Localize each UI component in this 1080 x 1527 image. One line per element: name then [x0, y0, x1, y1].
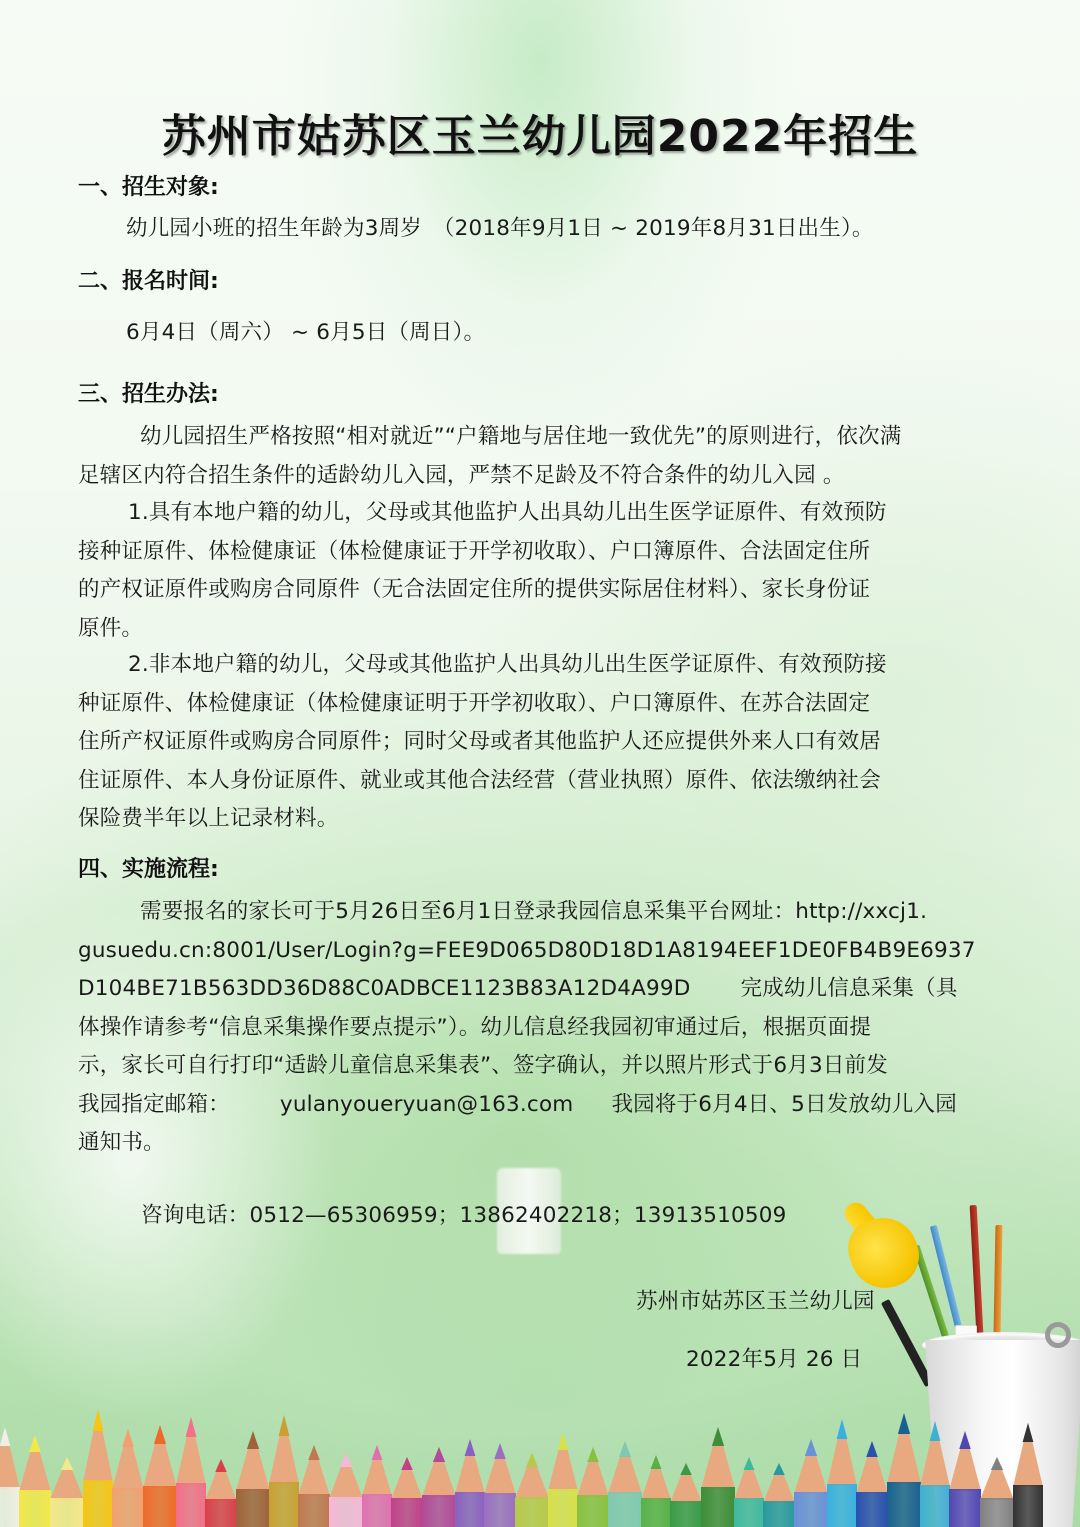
section-4-text: 需要报名的家长可于5月26日至6月1日登录我园信息采集平台网址：http://x…: [78, 893, 1003, 1163]
section-3-intro-line-2: 足辖区内符合招生条件的适龄幼儿入园，严禁不足龄及不符合条件的幼儿入园 。: [78, 457, 1003, 496]
section-4-line-3: D104BE71B563DD36D88C0ADBCE1123B83A12D4A9…: [78, 970, 1003, 1009]
section-4-line-6: 我园指定邮箱：yulanyoueryuan@163.com我园将于6月4日、5日…: [78, 1086, 1003, 1125]
registration-url-line-2[interactable]: gusuedu.cn:8001/User/Login?g=FEE9D065D80…: [78, 932, 1003, 971]
contact-phone-line: 咨询电话：0512—65306959；13862402218；139135105…: [141, 1197, 1066, 1236]
section-4-line-7: 通知书。: [78, 1124, 1003, 1163]
section-4-line-4: 体操作请参考“信息采集操作要点提示”）。幼儿信息经我园初审通过后，根据页面提: [78, 1009, 1003, 1048]
section-2-heading: 二、报名时间:: [78, 264, 219, 295]
item-2-line-1: 2.非本地户籍的幼儿，父母或其他监护人出具幼儿出生医学证原件、有效预防接: [78, 646, 1003, 685]
item-1-line-3: 的产权证原件或购房合同原件（无合法固定住所的提供实际居住材料）、家长身份证: [78, 571, 1003, 610]
page-title: 苏州市姑苏区玉兰幼儿园2022年招生: [0, 100, 1080, 164]
section-4-line-3-tail: 完成幼儿信息采集（具: [741, 976, 958, 1001]
section-4-heading: 四、实施流程:: [78, 852, 219, 883]
item-2-line-5: 保险费半年以上记录材料。: [78, 800, 1003, 839]
registration-url-line-3[interactable]: D104BE71B563DD36D88C0ADBCE1123B83A12D4A9…: [78, 976, 691, 1001]
item-2-line-2: 种证原件、体检健康证（体检健康证明于开学初收取）、户口簿原件、在苏合法固定: [78, 685, 1003, 724]
section-3-item-2: 2.非本地户籍的幼儿，父母或其他监护人出具幼儿出生医学证原件、有效预防接 种证原…: [78, 646, 1003, 839]
section-1-text: 幼儿园小班的招生年龄为3周岁 （2018年9月1日 ~ 2019年8月31日出生…: [126, 210, 1051, 249]
section-3-heading: 三、招生办法:: [78, 377, 219, 408]
item-1-line-1: 1.具有本地户籍的幼儿，父母或其他监护人出具幼儿出生医学证原件、有效预防: [78, 494, 1003, 533]
section-4-line-5: 示，家长可自行打印“适龄儿童信息采集表”、签字确认，并以照片形式于6月3日前发: [78, 1047, 1003, 1086]
item-1-line-2: 接种证原件、体检健康证（体检健康证于开学初收取）、户口簿原件、合法固定住所: [78, 533, 1003, 572]
section-3-intro: 幼儿园招生严格按照“相对就近”“户籍地与居住地一致优先”的原则进行，依次满 足辖…: [78, 418, 1003, 495]
section-3-item-1: 1.具有本地户籍的幼儿，父母或其他监护人出具幼儿出生医学证原件、有效预防 接种证…: [78, 494, 1003, 648]
signature-date: 2022年5月 26 日: [686, 1341, 862, 1380]
section-4-line-6-tail: 我园将于6月4日、5日发放幼儿入园: [611, 1092, 956, 1117]
section-1-heading: 一、招生对象:: [78, 170, 219, 201]
section-2-text: 6月4日（周六） ~ 6月5日（周日）。: [126, 314, 1051, 353]
enrollment-notice: 苏州市姑苏区玉兰幼儿园2022年招生 一、招生对象: 幼儿园小班的招生年龄为3周…: [0, 0, 1080, 1527]
email-label: 我园指定邮箱：: [78, 1092, 230, 1117]
section-3-intro-line-1: 幼儿园招生严格按照“相对就近”“户籍地与居住地一致优先”的原则进行，依次满: [78, 418, 1003, 457]
item-2-line-3: 住所产权证原件或购房合同原件；同时父母或者其他监护人还应提供外来人口有效居: [78, 723, 1003, 762]
signature-org: 苏州市姑苏区玉兰幼儿园: [636, 1283, 875, 1322]
item-2-line-4: 住证原件、本人身份证原件、就业或其他合法经营（营业执照）原件、依法缴纳社会: [78, 762, 1003, 801]
item-1-line-4: 原件。: [78, 610, 1003, 649]
email-link[interactable]: yulanyoueryuan@163.com: [280, 1092, 574, 1117]
section-4-line-1: 需要报名的家长可于5月26日至6月1日登录我园信息采集平台网址：http://x…: [78, 893, 1003, 932]
